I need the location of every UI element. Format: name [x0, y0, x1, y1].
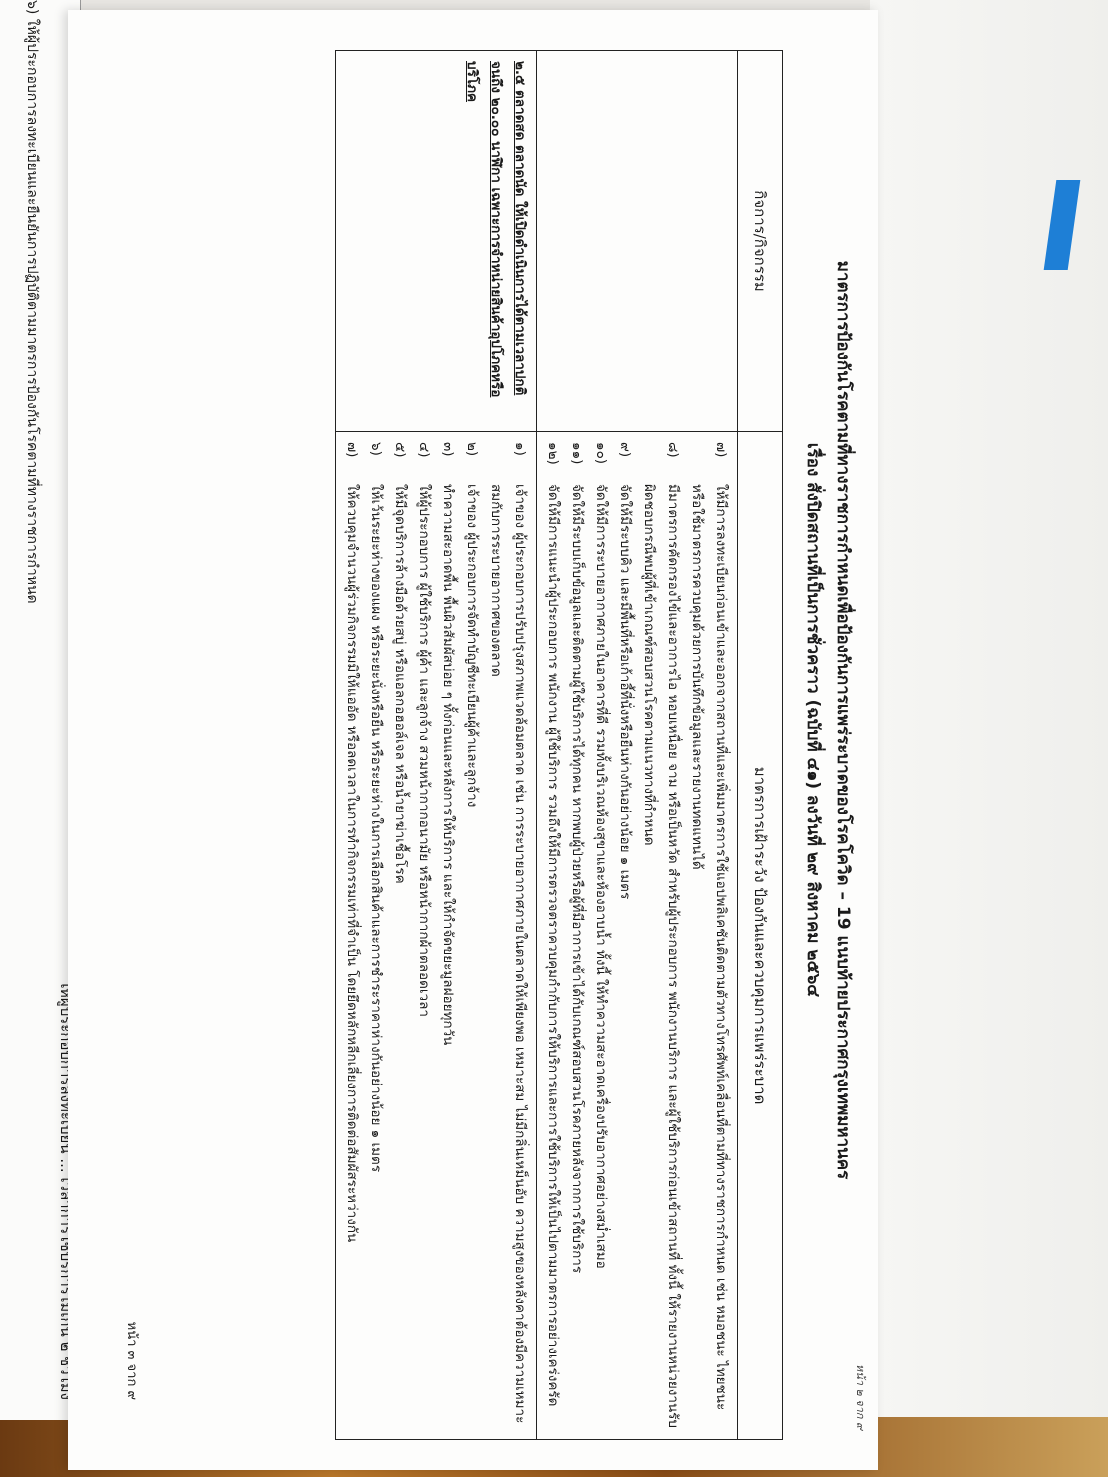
item-text: เจ้าของ ผู้ประกอบการจัดทำบัญชีทะเบียนผู้…	[460, 484, 484, 807]
item-number: ๖)	[364, 442, 388, 476]
item-number: ๑)	[484, 442, 532, 476]
item-text: จัดให้มีการแนะนำผู้ประกอบการ พนักงาน ผู้…	[541, 484, 565, 1406]
item-number: ๗)	[685, 442, 733, 476]
item-text: ให้มีการลงทะเบียนก่อนเข้าและออกจากสถานที…	[685, 484, 733, 1429]
list-item: ๘)มีมาตรการคัดกรองไข้และอาการไอ หอบเหนื่…	[637, 442, 685, 1429]
item-number: ๓)	[436, 442, 460, 476]
list-item: ๑๑)จัดให้มีระบบเก็บข้อมูลและติดตามผู้ใช้…	[565, 442, 589, 1429]
item-number: ๕)	[388, 442, 412, 476]
list-item: ๒)เจ้าของ ผู้ประกอบการจัดทำบัญชีทะเบียนผ…	[460, 442, 484, 1429]
item-text: ทำความสะอาดพื้น พื้นผิวสัมผัสบ่อย ๆ ทั้ง…	[436, 484, 460, 1045]
item-text: จัดให้มีระบบคิว และมีพื้นที่หรือเก้าอี้ท…	[613, 484, 637, 899]
activity-label: ๒.๕ ตลาดสด ตลาดนัด ให้เปิดดำเนินการได้ตา…	[464, 61, 528, 397]
page-number-prev: หน้า ๒ จาก ๙	[852, 1364, 870, 1430]
list-item: ๕)ให้มีจุดบริการล้างมือด้วยสบู่ หรือแอลก…	[388, 442, 412, 1429]
previous-page-item: ๖) ให้ผู้ประกอบการลงทะเบียนและยืนยันการป…	[20, 0, 44, 604]
item-text: จัดให้มีการระบายอากาศภายในอาคารที่ดี รวม…	[589, 484, 613, 1269]
list-item: ๑๒)จัดให้มีการแนะนำผู้ประกอบการ พนักงาน …	[541, 442, 565, 1429]
list-item: ๗)ให้ควบคุมจำนวนผู้ร่วมกิจกรรมมิให้แออัด…	[340, 442, 364, 1429]
measures-cell: ๗)ให้มีการลงทะเบียนก่อนเข้าและออกจากสถาน…	[537, 432, 738, 1440]
item-number: ๔)	[412, 442, 436, 476]
item-text: ให้ผู้ประกอบการ ผู้ใช้บริการ ผู้ค้า และล…	[412, 484, 436, 1017]
item-text: เจ้าของ ผู้ประกอบการปรับปรุงสภาพแวดล้อมต…	[484, 484, 532, 1429]
document-page: หน้า ๒ จาก ๙ มาตรการป้องกันโรคตามที่ทางร…	[68, 10, 878, 1470]
item-text: ให้ควบคุมจำนวนผู้ร่วมกิจกรรมมิให้แออัด ห…	[340, 484, 364, 1242]
item-number: ๘)	[637, 442, 685, 476]
activity-cell	[537, 51, 738, 432]
list-item: ๙)จัดให้มีระบบคิว และมีพื้นที่หรือเก้าอี…	[613, 442, 637, 1429]
item-text: ให้เว้นระยะห่างของแผง หรือระยะนั่งหรือยื…	[364, 484, 388, 1172]
item-text: จัดให้มีระบบเก็บข้อมูลและติดตามผู้ใช้บริ…	[565, 484, 589, 1273]
table-row: ๗)ให้มีการลงทะเบียนก่อนเข้าและออกจากสถาน…	[537, 51, 738, 1440]
title-line-1: มาตรการป้องกันโรคตามที่ทางราชการกำหนดเพื…	[828, 70, 858, 1370]
list-item: ๗)ให้มีการลงทะเบียนก่อนเข้าและออกจากสถาน…	[685, 442, 733, 1429]
list-item: ๔)ให้ผู้ประกอบการ ผู้ใช้บริการ ผู้ค้า แล…	[412, 442, 436, 1429]
column-header-measures: มาตรการเฝ้าระวัง ป้องกันและควบคุมการแพร่…	[738, 432, 783, 1440]
item-number: ๒)	[460, 442, 484, 476]
list-item: ๑)เจ้าของ ผู้ประกอบการปรับปรุงสภาพแวดล้อ…	[484, 442, 532, 1429]
item-number: ๑๒)	[541, 442, 565, 476]
page-number: หน้า ๓ จาก ๙	[122, 1322, 143, 1400]
item-number: ๗)	[340, 442, 364, 476]
list-item: ๑๐)จัดให้มีการระบายอากาศภายในอาคารที่ดี …	[589, 442, 613, 1429]
item-number: ๙)	[613, 442, 637, 476]
measures-cell: ๑)เจ้าของ ผู้ประกอบการปรับปรุงสภาพแวดล้อ…	[336, 432, 537, 1440]
item-number: ๑๐)	[589, 442, 613, 476]
item-text: มีมาตรการคัดกรองไข้และอาการไอ หอบเหนื่อย…	[637, 484, 685, 1429]
list-item: ๓)ทำความสะอาดพื้น พื้นผิวสัมผัสบ่อย ๆ ทั…	[436, 442, 460, 1429]
table-row: ๒.๕ ตลาดสด ตลาดนัด ให้เปิดดำเนินการได้ตา…	[336, 51, 537, 1440]
title-line-2: เรื่อง สั่งปิดสถานที่เป็นการชั่วคราว (ฉบ…	[798, 70, 828, 1370]
item-text: ให้มีจุดบริการล้างมือด้วยสบู่ หรือแอลกอฮ…	[388, 484, 412, 884]
item-number: ๑๑)	[565, 442, 589, 476]
measures-table: กิจการ/กิจกรรม มาตรการเฝ้าระวัง ป้องกันแ…	[335, 50, 783, 1440]
column-header-activity: กิจการ/กิจกรรม	[738, 51, 783, 432]
list-item: ๖)ให้เว้นระยะห่างของแผง หรือระยะนั่งหรือ…	[364, 442, 388, 1429]
activity-cell: ๒.๕ ตลาดสด ตลาดนัด ให้เปิดดำเนินการได้ตา…	[336, 51, 537, 432]
document-title: มาตรการป้องกันโรคตามที่ทางราชการกำหนดเพื…	[798, 70, 858, 1370]
